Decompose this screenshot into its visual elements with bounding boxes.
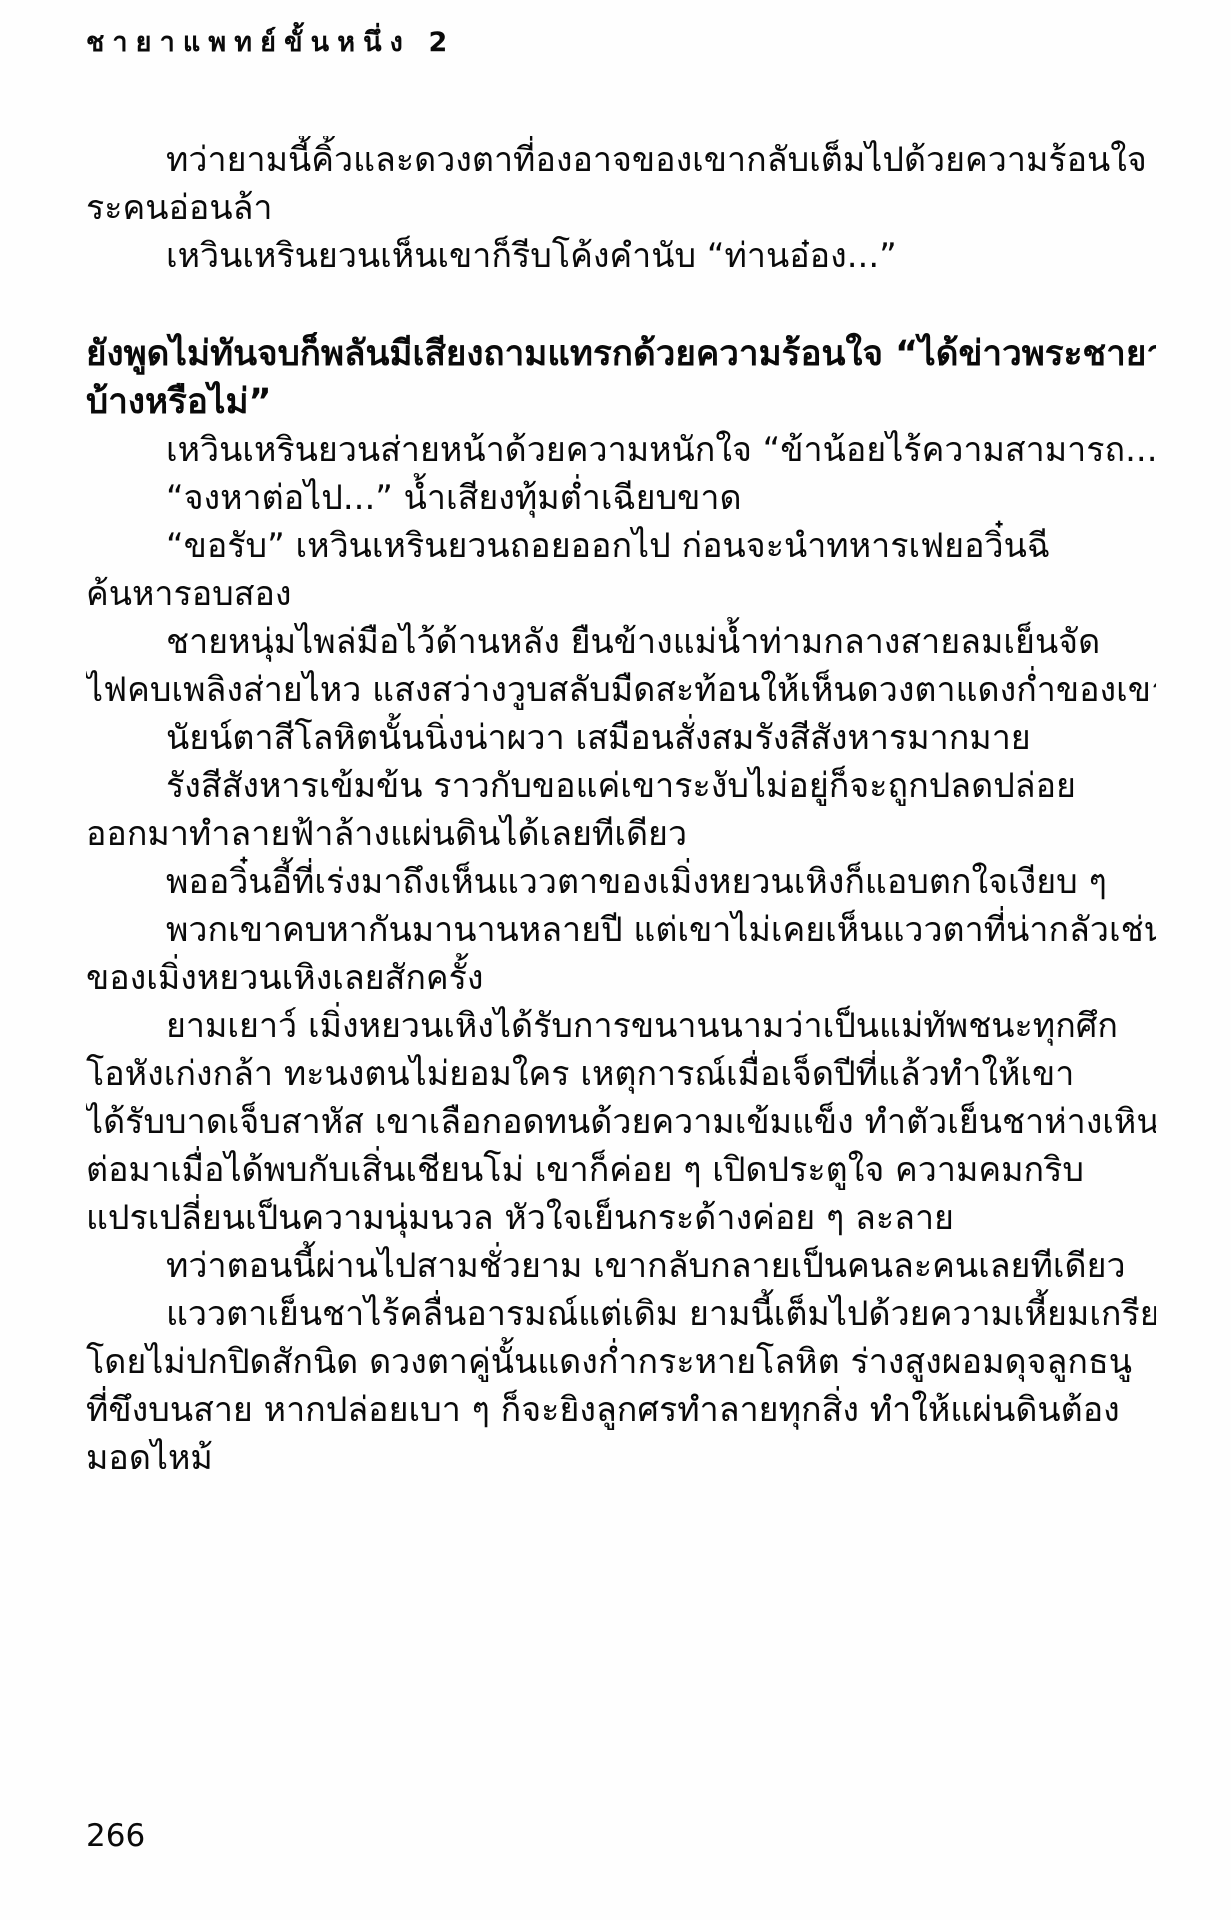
body-text: ทว่ายามนี้คิ้วและดวงตาที่องอาจของเขากลับ…: [86, 136, 1156, 1482]
text-line: ที่ขึงบนสาย หากปล่อยเบา ๆ ก็จะยิงลูกศรทำ…: [86, 1386, 1156, 1434]
text-line: ได้รับบาดเจ็บสาหัส เขาเลือกอดทนด้วยความเ…: [86, 1098, 1156, 1146]
text-line: ทว่ายามนี้คิ้วและดวงตาที่องอาจของเขากลับ…: [86, 136, 1156, 184]
text-line: ชายหนุ่มไพล่มือไว้ด้านหลัง ยืนข้างแม่น้ำ…: [86, 618, 1156, 666]
text-line: เหวินเหรินยวนเห็นเขาก็รีบโค้งคำนับ “ท่าน…: [86, 232, 1156, 280]
text-line-bold: ยังพูดไม่ทันจบก็พลันมีเสียงถามแทรกด้วยคว…: [86, 330, 1156, 378]
text-line: มอดไหม้: [86, 1434, 1156, 1482]
page-number: 266: [86, 1818, 145, 1854]
text-line: รังสีสังหารเข้มข้น ราวกับขอแค่เขาระงับไม…: [86, 762, 1156, 810]
text-line: ไฟคบเพลิงส่ายไหว แสงสว่างวูบสลับมืดสะท้อ…: [86, 666, 1156, 714]
text-line: แปรเปลี่ยนเป็นความนุ่มนวล หัวใจเย็นกระด้…: [86, 1194, 1156, 1242]
text-line: ของเมิ่งหยวนเหิงเลยสักครั้ง: [86, 954, 1156, 1002]
text-line: เหวินเหรินยวนส่ายหน้าด้วยความหนักใจ “ข้า…: [86, 426, 1156, 474]
text-line: นัยน์ตาสีโลหิตนั้นนิ่งน่าผวา เสมือนสั่งส…: [86, 714, 1156, 762]
book-page: ชายาแพทย์ขั้นหนึ่ง 2 ทว่ายามนี้คิ้วและดว…: [0, 0, 1231, 1920]
text-line: ต่อมาเมื่อได้พบกับเสิ่นเชียนโม่ เขาก็ค่อ…: [86, 1146, 1156, 1194]
text-line: ยามเยาว์ เมิ่งหยวนเหิงได้รับการขนานนามว่…: [86, 1002, 1156, 1050]
text-line: “จงหาต่อไป...” น้ำเสียงทุ้มต่ำเฉียบขาด: [86, 474, 1156, 522]
text-line: ระคนอ่อนล้า: [86, 184, 1156, 232]
text-line-bold: บ้างหรือไม่”: [86, 378, 1156, 426]
text-line: “ขอรับ” เหวินเหรินยวนถอยออกไป ก่อนจะนำทห…: [86, 522, 1156, 570]
text-line: ค้นหารอบสอง: [86, 570, 1156, 618]
text-line: โดยไม่ปกปิดสักนิด ดวงตาคู่นั้นแดงก่ำกระห…: [86, 1338, 1156, 1386]
text-line: ทว่าตอนนี้ผ่านไปสามชั่วยาม เขากลับกลายเป…: [86, 1242, 1156, 1290]
text-line: พวกเขาคบหากันมานานหลายปี แต่เขาไม่เคยเห็…: [86, 906, 1156, 954]
text-line: พออวิ๋นอี้ที่เร่งมาถึงเห็นแววตาของเมิ่งห…: [86, 858, 1156, 906]
running-header: ชายาแพทย์ขั้นหนึ่ง 2: [86, 20, 455, 63]
text-line: โอหังเก่งกล้า ทะนงตนไม่ยอมใคร เหตุการณ์เ…: [86, 1050, 1156, 1098]
text-line: ออกมาทำลายฟ้าล้างแผ่นดินได้เลยทีเดียว: [86, 810, 1156, 858]
text-line: แววตาเย็นชาไร้คลื่นอารมณ์แต่เดิม ยามนี้เ…: [86, 1290, 1156, 1338]
